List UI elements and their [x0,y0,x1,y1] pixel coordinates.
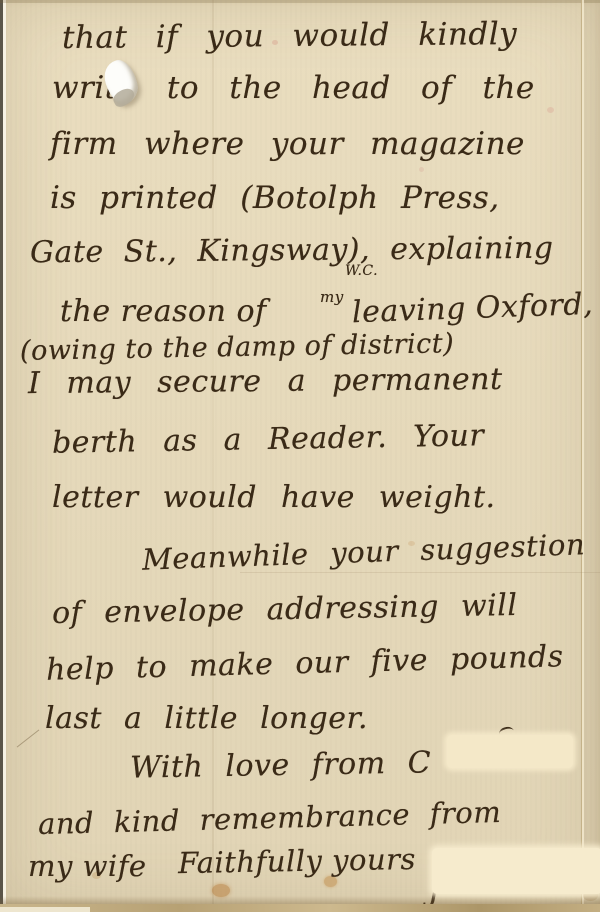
letter-line-3: firm where your magazine [50,126,525,162]
crease-diagonal-bottom-left [17,729,40,747]
scan-edge-top [0,0,600,3]
letter-line-7: (owing to the damp of district) [20,328,455,367]
insertion-my: my [320,288,344,306]
crease-right-shading [584,0,600,912]
stain [547,107,554,113]
letter-page: that if you would kindly write to the he… [0,0,600,912]
letter-line-5: Gate St., Kingsway), explaining [30,231,554,271]
scan-edge-bottom [0,904,600,912]
letter-line-10: letter would have weight. [52,480,496,515]
closing-wife-words: my wife [28,849,147,883]
letter-line-6a: the reason of [60,294,267,329]
letter-line-14: last a little longer. [45,701,368,736]
stain [324,876,337,887]
letter-line-1: that if you would kindly [62,16,517,56]
insertion-postal-district: W.C. [345,263,378,279]
scan-edge-left-white [3,0,6,912]
letter-line-11: Meanwhile your suggestion [142,527,586,576]
letter-line-12: of envelope addressing will [52,588,518,631]
crease-horizontal-mid [240,572,600,573]
redaction-patch-signature [432,848,600,894]
letter-line-8: I may secure a permanent [28,362,503,401]
closing-remembrance-line: and kind remembrance from [38,795,502,841]
letter-line-9: berth as a Reader. Your [52,418,485,461]
letter-line-13: help to make our five pounds [46,639,564,688]
stain [419,167,424,172]
redaction-patch-name [447,735,573,768]
closing-valediction: Faithfully yours [178,842,416,880]
closing-love-line: With love from C [130,745,432,785]
scan-edge-bottom-shade [0,896,600,904]
letter-line-6b: leaving Oxford, [351,287,593,330]
letter-line-4: is printed (Botolph Press, [50,180,500,216]
scan-edge-bottom-white [0,907,90,912]
